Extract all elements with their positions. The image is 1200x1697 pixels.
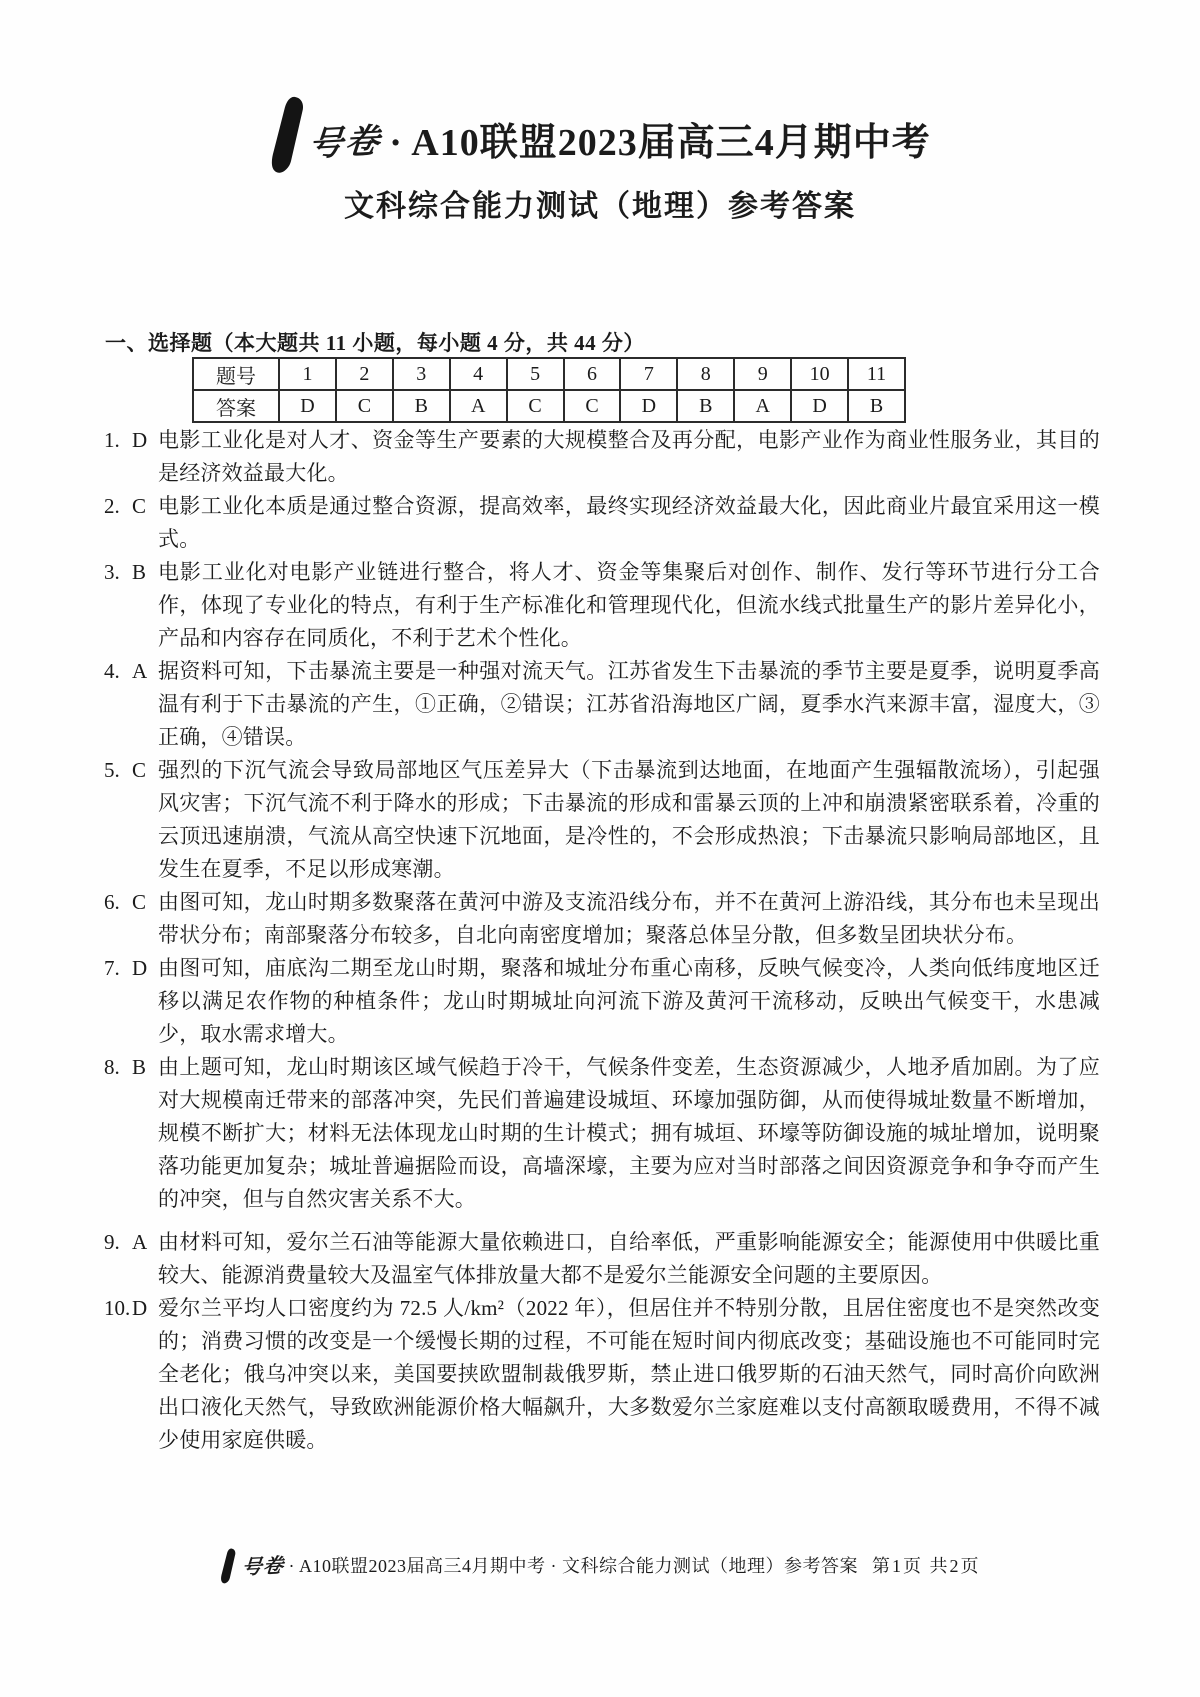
explanation-item-10: 10.D 爱尔兰平均人口密度约为 72.5 人/km²（2022 年），但居住并… xyxy=(104,1292,1100,1457)
answer-cell: A xyxy=(734,390,791,422)
item-number: 6. xyxy=(104,886,132,952)
answer-cell: C xyxy=(564,390,621,422)
section-heading: 一、选择题（本大题共 11 小题，每小题 4 分，共 44 分） xyxy=(105,327,645,357)
item-number: 5. xyxy=(104,754,132,886)
item-number: 3. xyxy=(104,556,132,655)
item-explanation: 由图可知，龙山时期多数聚落在黄河中游及支流沿线分布，并不在黄河上游沿线，其分布也… xyxy=(158,886,1100,952)
answer-cell: C xyxy=(336,390,393,422)
item-explanation: 由材料可知，爱尔兰石油等能源大量依赖进口，自给率低，严重影响能源安全；能源使用中… xyxy=(158,1226,1100,1292)
item-explanation: 爱尔兰平均人口密度约为 72.5 人/km²（2022 年），但居住并不特别分散… xyxy=(158,1292,1100,1457)
question-number-row: 题号 1 2 3 4 5 6 7 8 9 10 11 xyxy=(193,358,905,390)
answer-cell: D xyxy=(279,390,336,422)
answer-row: 答案 D C B A C C D B A D B xyxy=(193,390,905,422)
item-number: 9. xyxy=(104,1226,132,1292)
exam-subtitle: 文科综合能力测试（地理）参考答案 xyxy=(0,181,1200,225)
item-answer: A xyxy=(132,1226,147,1292)
item-explanation: 据资料可知，下击暴流主要是一种强对流天气。江苏省发生下击暴流的季节主要是夏季，说… xyxy=(158,655,1100,754)
yihaojuan-logo: 号卷 xyxy=(269,96,383,168)
explanation-item-6: 6.C 由图可知，龙山时期多数聚落在黄河中游及支流沿线分布，并不在黄河上游沿线，… xyxy=(104,886,1100,952)
question-number-cell: 5 xyxy=(507,358,564,390)
brush-numeral-1-icon xyxy=(220,1548,236,1584)
item-explanation: 电影工业化对电影产业链进行整合，将人才、资金等集聚后对创作、制作、发行等环节进行… xyxy=(158,556,1100,655)
footer-logo-script: 号卷 xyxy=(238,1549,286,1582)
explanation-item-3: 3.B 电影工业化对电影产业链进行整合，将人才、资金等集聚后对创作、制作、发行等… xyxy=(104,556,1100,655)
answer-cell: A xyxy=(450,390,507,422)
item-number: 2. xyxy=(104,490,132,556)
question-number-cell: 9 xyxy=(734,358,791,390)
item-number: 7. xyxy=(104,952,132,1051)
item-number: 1. xyxy=(104,424,132,490)
question-number-cell: 6 xyxy=(564,358,621,390)
item-number: 8. xyxy=(104,1051,132,1216)
answer-cell: D xyxy=(791,390,848,422)
question-number-cell: 2 xyxy=(336,358,393,390)
question-number-cell: 7 xyxy=(620,358,677,390)
item-explanation: 由上题可知，龙山时期该区域气候趋于冷干，气候条件变差，生态资源减少，人地矛盾加剧… xyxy=(158,1051,1100,1216)
item-answer: D xyxy=(132,952,147,1051)
item-explanation: 电影工业化本质是通过整合资源，提高效率，最终实现经济效益最大化，因此商业片最宜采… xyxy=(158,490,1100,556)
brush-numeral-1-icon xyxy=(269,96,305,174)
explanation-item-1: 1.D 电影工业化是对人才、资金等生产要素的大规模整合及再分配，电影产业作为商业… xyxy=(104,424,1100,490)
row-header-answer: 答案 xyxy=(193,390,279,422)
item-explanation: 由图可知，庙底沟二期至龙山时期，聚落和城址分布重心南移，反映气候变冷，人类向低纬… xyxy=(158,952,1100,1051)
item-explanation: 强烈的下沉气流会导致局部地区气压差异大（下击暴流到达地面，在地面产生强辐散流场）… xyxy=(158,754,1100,886)
answer-cell: B xyxy=(393,390,450,422)
row-header-question: 题号 xyxy=(193,358,279,390)
question-number-cell: 3 xyxy=(393,358,450,390)
answer-cell: D xyxy=(620,390,677,422)
explanation-item-5: 5.C 强烈的下沉气流会导致局部地区气压差异大（下击暴流到达地面，在地面产生强辐… xyxy=(104,754,1100,886)
question-number-cell: 10 xyxy=(791,358,848,390)
footer-page-number: 第1页 共2页 xyxy=(872,1552,981,1581)
explanation-item-8: 8.B 由上题可知，龙山时期该区域气候趋于冷干，气候条件变差，生态资源减少，人地… xyxy=(104,1051,1100,1216)
answer-cell: C xyxy=(507,390,564,422)
item-answer: D xyxy=(132,424,147,490)
item-answer: C xyxy=(132,490,146,556)
logo-script-text: 号卷 xyxy=(303,113,386,170)
explanation-item-4: 4.A 据资料可知，下击暴流主要是一种强对流天气。江苏省发生下击暴流的季节主要是… xyxy=(104,655,1100,754)
item-answer: C xyxy=(132,754,146,886)
answer-cell: B xyxy=(848,390,905,422)
item-answer: C xyxy=(132,886,146,952)
question-number-cell: 4 xyxy=(450,358,507,390)
explanation-list: 1.D 电影工业化是对人才、资金等生产要素的大规模整合及再分配，电影产业作为商业… xyxy=(104,424,1100,1457)
answer-table: 题号 1 2 3 4 5 6 7 8 9 10 11 答案 D C B A C … xyxy=(192,357,906,423)
item-answer: D xyxy=(132,1292,147,1457)
item-answer: B xyxy=(132,556,146,655)
explanation-item-7: 7.D 由图可知，庙底沟二期至龙山时期，聚落和城址分布重心南移，反映气候变冷，人… xyxy=(104,952,1100,1051)
question-number-cell: 8 xyxy=(677,358,734,390)
question-number-cell: 11 xyxy=(848,358,905,390)
item-number: 4. xyxy=(104,655,132,754)
explanation-item-2: 2.C 电影工业化本质是通过整合资源，提高效率，最终实现经济效益最大化，因此商业… xyxy=(104,490,1100,556)
exam-answer-page: 号卷 · A10联盟2023届高三4月期中考 文科综合能力测试（地理）参考答案 … xyxy=(0,0,1200,1697)
footer-title-text: · A10联盟2023届高三4月期中考 · 文科综合能力测试（地理）参考答案 xyxy=(289,1552,859,1581)
exam-title-text: · A10联盟2023届高三4月期中考 xyxy=(389,111,931,168)
item-number: 10. xyxy=(104,1292,132,1457)
exam-title-line: 号卷 · A10联盟2023届高三4月期中考 xyxy=(0,96,1200,168)
page-footer: 号卷 · A10联盟2023届高三4月期中考 · 文科综合能力测试（地理）参考答… xyxy=(0,1548,1200,1581)
item-answer: B xyxy=(132,1051,146,1216)
item-answer: A xyxy=(132,655,147,754)
item-explanation: 电影工业化是对人才、资金等生产要素的大规模整合及再分配，电影产业作为商业性服务业… xyxy=(158,424,1100,490)
explanation-item-9: 9.A 由材料可知，爱尔兰石油等能源大量依赖进口，自给率低，严重影响能源安全；能… xyxy=(104,1226,1100,1292)
answer-cell: B xyxy=(677,390,734,422)
question-number-cell: 1 xyxy=(279,358,336,390)
